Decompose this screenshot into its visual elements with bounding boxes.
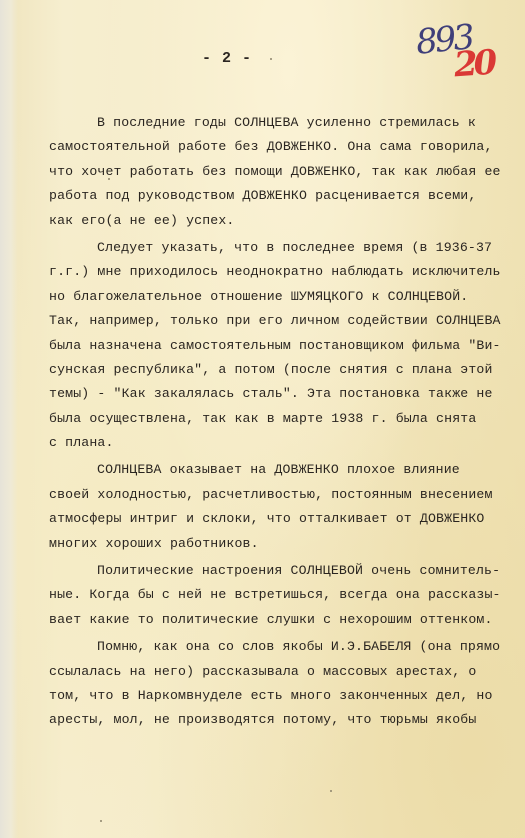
text-line: была назначена самостоятельным постановщ… bbox=[49, 334, 519, 358]
paper-speck bbox=[330, 790, 332, 792]
text-line: том, что в Наркомвнуделе есть много зако… bbox=[49, 684, 519, 708]
text-line: ссылалась на него) рассказывала о массов… bbox=[49, 660, 519, 684]
text-line: В последние годы СОЛНЦЕВА усиленно стрем… bbox=[49, 111, 519, 135]
paragraph: СОЛНЦЕВА оказывает на ДОВЖЕНКО плохое вл… bbox=[49, 458, 519, 556]
text-line: вает какие то политические слушки с нехо… bbox=[49, 608, 519, 632]
text-line: многих хороших работников. bbox=[49, 532, 519, 556]
paragraph: Политические настроения СОЛНЦЕВОЙ очень … bbox=[49, 559, 519, 632]
text-line: аресты, мол, не производятся потому, что… bbox=[49, 708, 519, 732]
text-line: г.г.) мне приходилось неоднократно наблю… bbox=[49, 260, 519, 284]
archive-number-red: 20 bbox=[453, 43, 495, 86]
text-line: самостоятельной работе без ДОВЖЕНКО. Она… bbox=[49, 135, 519, 159]
paper-speck bbox=[108, 178, 110, 180]
page-edge-shadow bbox=[0, 0, 18, 838]
paper-speck bbox=[270, 58, 272, 60]
text-line: что хочет работать без помощи ДОВЖЕНКО, … bbox=[49, 160, 519, 184]
text-line: но благожелательное отношение ШУМЯЦКОГО … bbox=[49, 285, 519, 309]
text-line: Политические настроения СОЛНЦЕВОЙ очень … bbox=[49, 559, 519, 583]
text-line: с плана. bbox=[49, 431, 519, 455]
text-line: атмосферы интриг и склоки, что отталкива… bbox=[49, 507, 519, 531]
text-line: своей холодностью, расчетливостью, посто… bbox=[49, 483, 519, 507]
paragraph: Помню, как она со слов якобы И.Э.БАБЕЛЯ … bbox=[49, 635, 519, 733]
text-line: Помню, как она со слов якобы И.Э.БАБЕЛЯ … bbox=[49, 635, 519, 659]
text-line: была осуществлена, так как в марте 1938 … bbox=[49, 407, 519, 431]
text-line: работа под руководством ДОВЖЕНКО расцени… bbox=[49, 184, 519, 208]
text-line: СОЛНЦЕВА оказывает на ДОВЖЕНКО плохое вл… bbox=[49, 458, 519, 482]
archive-folio-numbers: 893 20 bbox=[410, 18, 510, 93]
paper-speck bbox=[100, 820, 102, 822]
text-line: ные. Когда бы с ней не встретишься, всег… bbox=[49, 583, 519, 607]
paragraph: В последние годы СОЛНЦЕВА усиленно стрем… bbox=[49, 111, 519, 233]
typewritten-body: В последние годы СОЛНЦЕВА усиленно стрем… bbox=[49, 111, 519, 733]
text-line: Так, например, только при его личном сод… bbox=[49, 309, 519, 333]
page-number: - 2 - bbox=[202, 50, 252, 67]
text-line: сунская республика", а потом (после снят… bbox=[49, 358, 519, 382]
text-line: Следует указать, что в последнее время (… bbox=[49, 236, 519, 260]
text-line: как его(а не ее) успех. bbox=[49, 209, 519, 233]
document-page: - 2 - 893 20 В последние годы СОЛНЦЕВА у… bbox=[0, 0, 525, 838]
text-line: темы) - "Как закалялась сталь". Эта пост… bbox=[49, 382, 519, 406]
paragraph: Следует указать, что в последнее время (… bbox=[49, 236, 519, 456]
